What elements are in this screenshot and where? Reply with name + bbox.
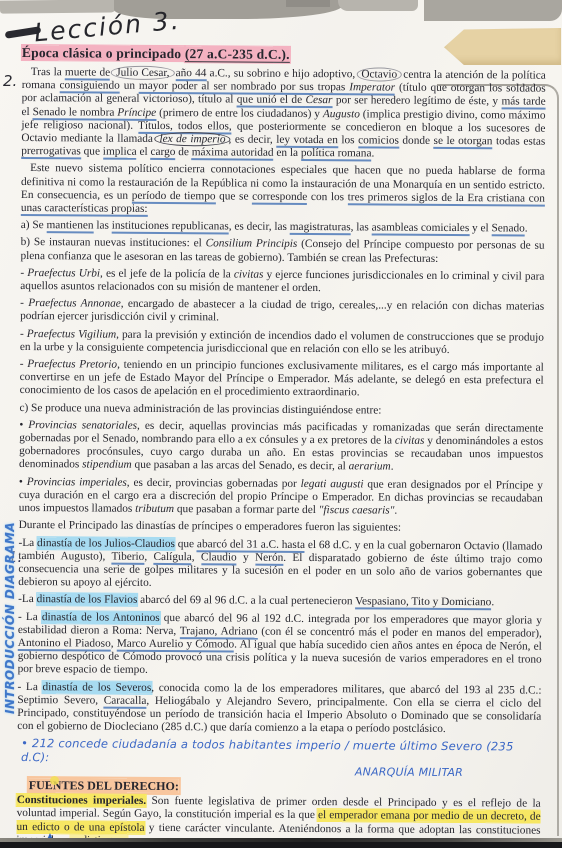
text-run: más tarde (501, 96, 545, 110)
text-run: Provincias imperiales (27, 476, 127, 489)
text-run: tributum (135, 503, 174, 515)
paragraph-severos: - La dinastía de los Severos, conocida c… (17, 681, 541, 737)
text-run: y el (469, 222, 491, 234)
text-run: ley votada en (276, 134, 338, 148)
paragraph-dinastias-intro: Durante el Principado las dinastías de p… (19, 519, 543, 536)
scan-artifact (424, 0, 562, 21)
text-run: - La (17, 681, 42, 693)
text-run: Senado (491, 223, 524, 237)
paragraph-antoninos: - La dinastía de los Antoninos que abarc… (18, 611, 542, 681)
scanned-notes-page: { "colors":{ "highlight_pink":"#f4b2c1",… (0, 0, 562, 848)
paragraph-octavio: Tras la muerte de Julio Cesar, año 44 a.… (21, 66, 546, 162)
handwritten-note-line2: ANARQUÍA MILITAR (17, 763, 541, 780)
text-run: Praefectus Urbi (27, 267, 100, 280)
text-run: . (391, 461, 394, 473)
text-run: año 44 (176, 67, 207, 81)
text-run: . (491, 597, 494, 609)
text-run: . (525, 223, 528, 235)
paragraph-praefectus-vigilium: - Praefectus Vigilium, para la previsión… (20, 328, 544, 358)
text-run: los (338, 134, 358, 146)
text-run: (27 a.C-235 d.C.). (185, 46, 290, 63)
text-run: Calígula (153, 551, 191, 565)
paragraph-praefectus-urbi: - Praefectus Urbi, es el jefe de la poli… (20, 267, 544, 297)
text-run: , las (351, 222, 372, 234)
text-run: Praefectus Vigilium (27, 328, 116, 341)
text-run: Trajano, Adriano (180, 625, 258, 640)
text-run: stipendium (82, 459, 132, 471)
text-run: comicios (358, 134, 399, 148)
text-run: Provincias senatoriales (28, 419, 137, 432)
text-run: lex de imperio (154, 132, 230, 147)
text-run: legati augusti (301, 478, 364, 490)
text-run: aerarium (349, 461, 391, 473)
text-run: magistraturas (290, 221, 351, 235)
text-run: que pasaban a formar parte del (174, 503, 319, 516)
paragraph-praefectus-pretorio: - Praefectus Pretorio, teniendo en un pr… (20, 358, 544, 401)
paragraph-provincias-imperiales: • Provincias imperiales, es decir, provi… (19, 476, 543, 519)
text-run: , (192, 551, 201, 563)
text-run: Praefectus Annonae (28, 297, 121, 310)
text-run: civitas (395, 435, 425, 447)
text-run: (con él se concentró más el poder en man… (257, 625, 541, 639)
paragraph-praefectus-annonae: - Praefectus Annonae, encargado de abast… (20, 297, 544, 327)
text-run: - (20, 297, 28, 309)
text-run: , es decir, las (229, 221, 290, 233)
margin-number-2: 2. (3, 72, 17, 90)
paragraph-julios-claudios: -La dinastía de los Julios-Claudios que … (18, 536, 542, 592)
text-run: Nerón (255, 551, 283, 565)
text-run: el (21, 106, 32, 118)
heading-fuentes-del-derecho: FUENTES DEL DERECHO: (29, 779, 541, 796)
text-run: Tiberio (111, 550, 144, 564)
text-run: corresponde (252, 190, 307, 204)
scan-bottom-band (0, 842, 562, 848)
scan-artifact (338, 0, 418, 11)
text-run: , es decir, (228, 133, 276, 145)
scan-artifact (286, 0, 330, 7)
text-run: Constituciones imperiales. (17, 794, 146, 807)
text-run: c) Se produce una nueva administración d… (19, 402, 381, 417)
text-run: "fiscus caesaris" (319, 504, 395, 517)
text-run: , es decir, provincias gobernadas por (127, 476, 301, 489)
text-run: prerrogativas (21, 145, 81, 159)
text-run: Vespasiano, Tito y Domiciano (355, 596, 491, 611)
text-run: -La (18, 593, 37, 605)
text-run: implica (103, 146, 137, 160)
text-column: Época clásica o principado (27 a.C-235 d… (16, 44, 546, 848)
text-run: abarcó del 69 al 96 d.C. a la cual perte… (137, 594, 355, 608)
text-run: , es el jefe de la policía de la (100, 267, 234, 280)
text-run: Julio Cesar, (111, 66, 174, 80)
text-run: todas estas (492, 135, 545, 147)
blocks-main: Época clásica o principado (27 a.C-235 d… (17, 44, 546, 737)
text-run: , (144, 551, 153, 563)
text-run: el (137, 146, 151, 158)
text-run: que (175, 538, 197, 550)
text-run: Claudio (201, 551, 237, 565)
text-run: Octavio (356, 67, 402, 81)
paragraph-c-provincias: c) Se produce una nueva administración d… (19, 402, 543, 419)
text-run: cargo (150, 146, 175, 160)
text-run: asambleas comiciales (372, 222, 470, 237)
text-run: • (19, 476, 27, 488)
text-run: un (120, 80, 139, 92)
text-run: -La (18, 536, 37, 548)
text-run: muerte de (65, 66, 110, 80)
text-run: Augusto (323, 108, 360, 120)
text-run: instituciones republicanas (112, 220, 229, 235)
text-run: Praefectus Pretorio (27, 358, 117, 371)
paragraph-flavios: -La dinastía de los Flavios abarcó del 6… (18, 593, 542, 610)
text-run: con los (307, 191, 347, 203)
paragraph-sistema-politico: Este nuevo sistema político encierra con… (21, 162, 545, 218)
text-run: política romana (301, 147, 372, 161)
text-run: Cesar (305, 94, 332, 108)
text-run: . (394, 505, 397, 517)
text-run: las (93, 220, 111, 232)
text-run: abarcó del 31 a.C. hasta (197, 538, 305, 553)
text-run: en la (274, 147, 301, 159)
text-run: . (371, 148, 374, 160)
text-run: donde (399, 135, 434, 147)
text-run: dinastía de los Flavios (37, 593, 138, 606)
text-run: que pasaban a las arcas del Senado, es d… (132, 459, 349, 473)
text-run: que se (215, 190, 252, 202)
text-run: mantienen (46, 219, 93, 233)
text-run: se le otorgan (434, 135, 493, 149)
text-run: Príncipe (117, 106, 156, 120)
text-run: por ser heredero legítimo de éste, y (332, 95, 501, 108)
text-run: - La (18, 611, 42, 623)
text-run: • (19, 419, 28, 431)
text-run: dinastía de los Severos (42, 681, 151, 694)
text-run: Consilium Principis (206, 238, 298, 251)
text-run: que (81, 146, 103, 158)
text-run: Tras la (31, 66, 65, 78)
text-run: (primero de entre los ciudadanos) y (156, 107, 323, 120)
text-run: Caracalla (104, 694, 147, 708)
text-run: dinastía de los Julios-Claudios (37, 537, 175, 550)
text-run: Imperator (349, 81, 395, 95)
section-heading: Época clásica o principado (27 a.C-235 d… (22, 44, 546, 65)
text-run: consiguiendo (59, 79, 119, 93)
text-run: Época clásica o principado (22, 45, 185, 61)
paragraph-b-consilium: b) Se instauran nuevas instituciones: el… (20, 236, 544, 266)
text-run: b) Se instauran nuevas instituciones: el (21, 236, 206, 249)
yellow-bullet-mark (50, 776, 59, 785)
text-run: de (175, 146, 191, 158)
text-run: civitas (234, 268, 264, 280)
paragraph-a-instituciones: a) Se mantienen las instituciones republ… (21, 219, 545, 236)
text-run: a) Se (21, 219, 47, 231)
text-run: máxima autoridad (192, 146, 274, 161)
text-run: Durante el Principado las dinastías de p… (19, 519, 401, 534)
text-run: y (237, 551, 255, 563)
paragraph-provincias-senatoriales: • Provincias senatoriales, es decir, aqu… (19, 419, 543, 475)
text-run: a.C., su sobrino e hijo adoptivo, (206, 67, 358, 80)
text-run: dinastía de los Antoninos (42, 611, 160, 624)
